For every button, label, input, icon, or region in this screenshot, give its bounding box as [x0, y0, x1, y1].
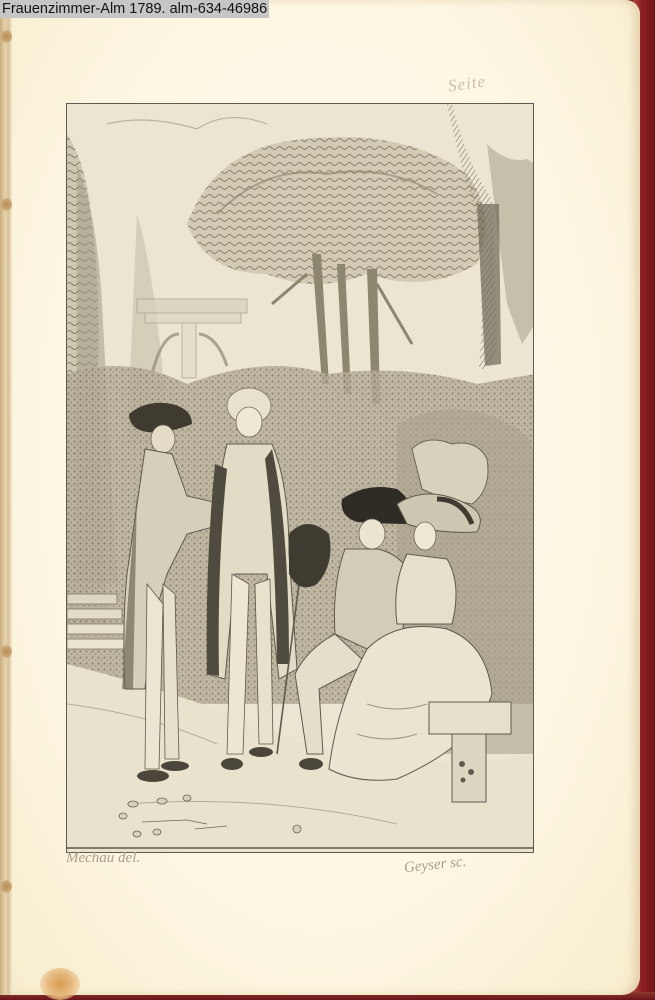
foxing-stain	[40, 968, 80, 1000]
binding-stitch	[1, 30, 12, 43]
engraver-signature: Geyser sc.	[403, 854, 467, 877]
pencil-annotation: Seite	[447, 71, 487, 96]
engraving-plate	[66, 103, 534, 853]
binding-stitch	[1, 645, 12, 658]
book-page: Seite	[0, 0, 640, 995]
binding-stitch	[1, 198, 12, 211]
artist-signature: Mechau del.	[66, 850, 140, 867]
image-caption: Frauenzimmer-Alm 1789. alm-634-46986	[0, 0, 269, 18]
binding-stitch	[1, 880, 12, 893]
page-gutter	[0, 0, 12, 995]
engraving-illustration	[67, 104, 534, 853]
